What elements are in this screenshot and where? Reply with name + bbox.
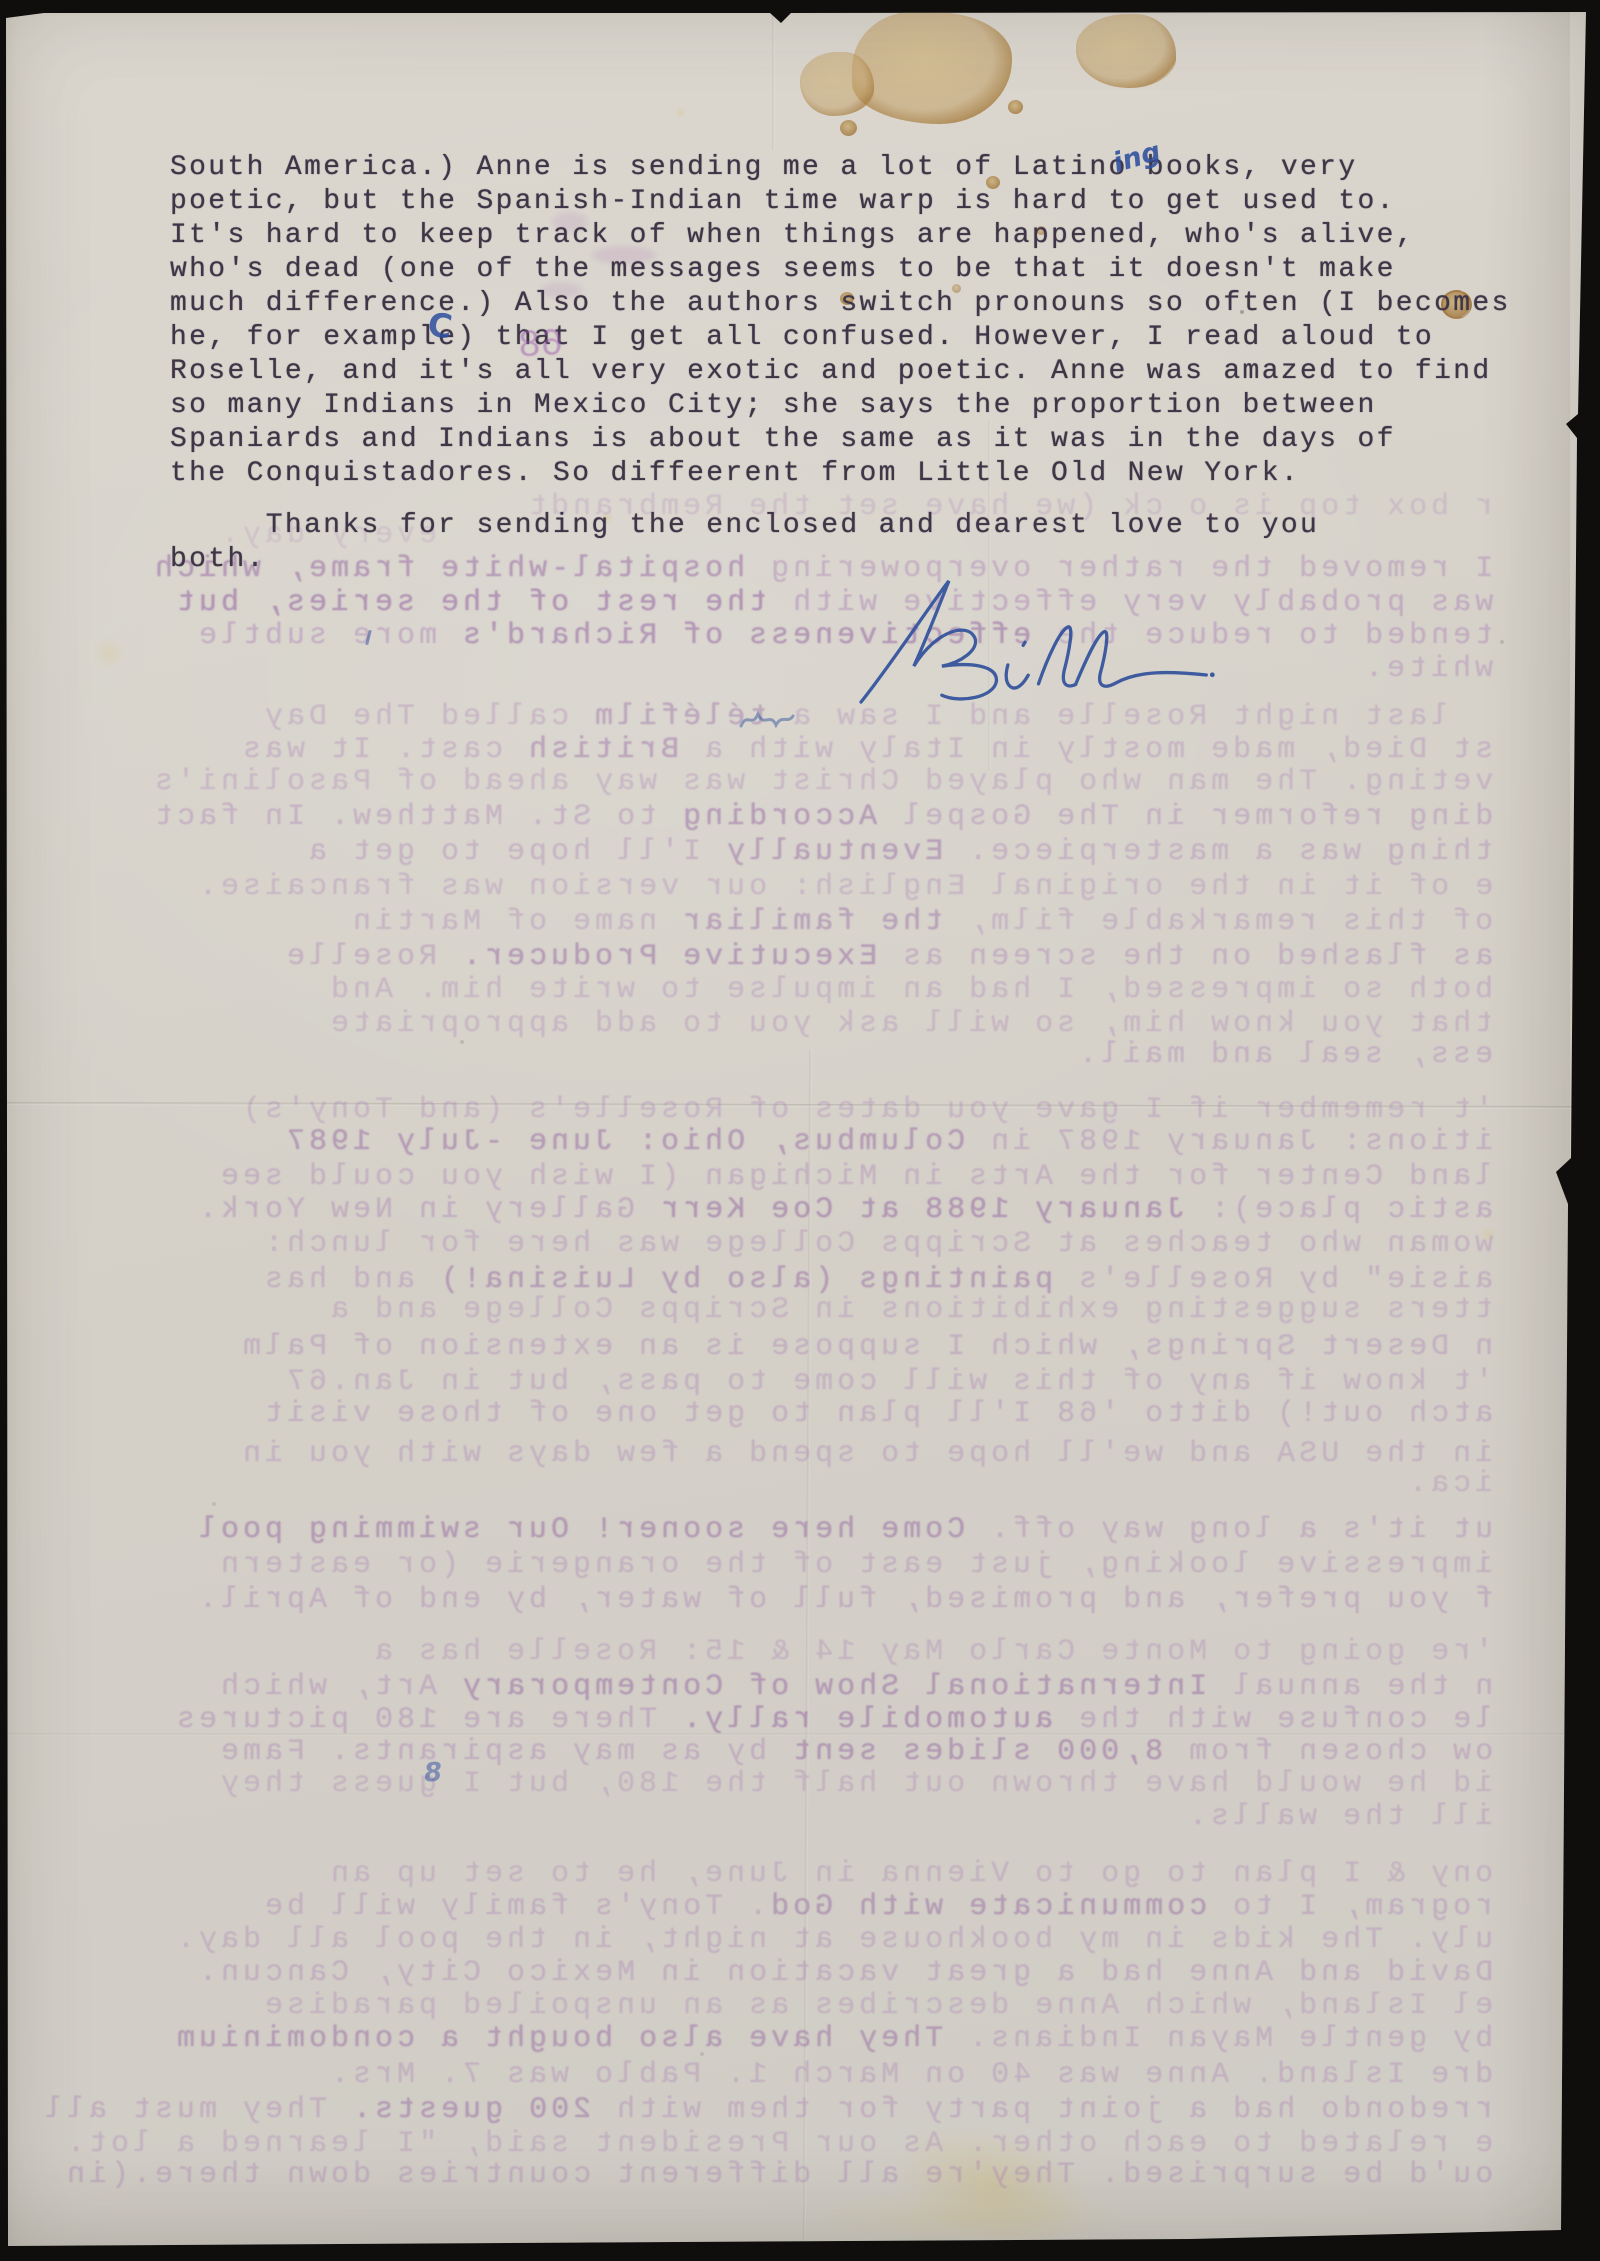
scan-shading — [1480, 0, 1570, 2261]
bottom-stain — [810, 2190, 1120, 2245]
bleed-line: ou'd be surprised. They're all different… — [63, 2158, 1493, 2192]
bleed-line: st Died, made mostly in Italy with a Bri… — [239, 733, 1493, 767]
scan-shading — [0, 2141, 1600, 2261]
typed-line: poetic, but the Spanish-Indian time warp… — [170, 186, 1396, 217]
typed-line: the Conquistadores. So diffeerent from L… — [170, 458, 1300, 489]
ink-smudge — [552, 212, 588, 232]
bleed-line: every day. — [217, 518, 1493, 552]
bleed-line: David and Anne had a great vacation in M… — [195, 1956, 1493, 1990]
bleed-line: ill the walls. — [1185, 1800, 1493, 1834]
bleed-line: aisie" by Roselle's paintings (also by L… — [261, 1263, 1493, 1297]
typed-line: It's hard to keep track of when things a… — [170, 220, 1415, 251]
stain-dot — [92, 638, 126, 668]
fold-crease — [6, 1102, 1576, 1109]
bleed-line: 't remember if I gave you dates of Rosel… — [239, 1093, 1493, 1127]
handwritten-correction-ing: ing — [1110, 136, 1165, 179]
fold-crease — [803, 1050, 812, 2245]
stain-dot — [1008, 100, 1023, 114]
bleed-line: le confuse with the automobile rally. Th… — [173, 1703, 1493, 1737]
bleed-line: as flashed on the screen as Executive Pr… — [283, 940, 1493, 974]
bleed-line: astic place): January 1988 at Coe Kerr G… — [195, 1193, 1493, 1227]
bleed-line: ow chosen from 8,000 slides sent by as m… — [217, 1735, 1493, 1769]
stain-dot — [840, 120, 857, 136]
bleed-line: e of it in the original English: our ver… — [195, 870, 1493, 904]
ink-smudge — [540, 282, 582, 298]
speck — [1500, 640, 1504, 644]
bleed-line: was probably very effective with the res… — [173, 586, 1493, 620]
bleed-line: n Desert Springs, which I suppose is an … — [239, 1330, 1493, 1364]
fold-crease — [6, 1733, 1576, 1736]
fold-crease — [772, 14, 775, 150]
typed-line: Thanks for sending the enclosed and dear… — [170, 510, 1319, 541]
signature-bill — [843, 562, 1223, 720]
speck — [700, 2052, 704, 2056]
ink-smudge — [592, 246, 656, 264]
bleed-line: that you know him, so will ask you to ad… — [327, 1007, 1493, 1041]
coffee-stain — [1076, 14, 1176, 88]
bleed-line: tended to reduce the effectiveness of Ri… — [195, 619, 1493, 653]
speck — [212, 1502, 216, 1506]
bleed-line: e related to each other. As our Presiden… — [63, 2127, 1493, 2161]
bleed-line: in the USA and we'll hope to spend a few… — [239, 1437, 1493, 1471]
bleed-line: ding reformer in The Gospel According to… — [151, 800, 1493, 834]
stain-dot — [675, 107, 686, 118]
typed-line: who's dead (one of the messages seems to… — [170, 254, 1396, 285]
typed-line: he, for example) that I get all confused… — [170, 322, 1434, 353]
bleed-line: el Island, which Anne describes as an un… — [261, 1989, 1493, 2023]
stain-dot — [600, 512, 614, 524]
bleed-line: impressive looking, just east of the ora… — [217, 1548, 1493, 1582]
bleed-line: ut it's a long way off. Come here sooner… — [195, 1513, 1493, 1547]
stain-dot — [952, 284, 961, 293]
typed-line: both. — [170, 544, 266, 575]
paper-sheet: r box top is o ck (we have set the Rembr… — [0, 0, 1600, 2261]
bleed-mark-68: 68 — [517, 323, 565, 368]
bleed-line: both so impressed, I had an impulse to w… — [327, 973, 1493, 1007]
handwritten-mark-c: C — [425, 305, 454, 347]
stain-dot — [840, 292, 854, 305]
bleed-line: dre Island. Anne was 40 on March 1. Pabl… — [327, 2058, 1493, 2092]
bleed-line: woman who teaches at Scripps College was… — [261, 1227, 1493, 1261]
speck — [460, 1040, 464, 1044]
bleed-line: rogram, I to communicate with God. Tony'… — [261, 1890, 1493, 1924]
bleed-line: rredondo had a joint party for them with… — [41, 2093, 1493, 2127]
bleed-line: white. — [1361, 652, 1493, 686]
bleed-line: last night Roselle and I saw a téléfilm … — [261, 700, 1493, 734]
stain-dot — [1441, 290, 1472, 319]
bleed-line: itions: January 1987 in Columbus, Ohio: … — [283, 1125, 1493, 1159]
letter-scan: r box top is o ck (we have set the Rembr… — [0, 0, 1600, 2261]
bleed-line: id he would have thrown out half the 180… — [217, 1767, 1493, 1801]
coffee-stain — [800, 52, 874, 116]
coffee-stain — [852, 12, 1012, 124]
bleed-line: atch out!) ditto '68 I'll plan to get on… — [261, 1397, 1493, 1431]
bleed-line: n the annual International Show of Conte… — [217, 1670, 1493, 1704]
bleed-line: 're going to Monte Carlo May 14 & 15: Ro… — [371, 1635, 1493, 1669]
bleed-line: veting. The man who played Christ was wa… — [151, 765, 1493, 799]
bleed-line: land Center for the Arts in Michigan (I … — [217, 1160, 1493, 1194]
bleed-line: tters suggesting exhibitions in Scripps … — [327, 1293, 1493, 1327]
bleed-line: uly. The kids in my bookhouse at night, … — [173, 1923, 1493, 1957]
blue-ink-8: 8 — [423, 1757, 443, 1788]
speck — [1240, 310, 1244, 314]
bleed-line: by gentle Mayan Indians. They have also … — [173, 2022, 1493, 2056]
blue-ink-squiggle — [738, 704, 796, 738]
bleed-line: 't know if any of this will come to pass… — [283, 1365, 1493, 1399]
bleed-line: ony & I plan to go to Vienna in June, he… — [327, 1857, 1493, 1891]
fold-crease — [988, 420, 991, 770]
bleed-line: f you prefer, and promised, full of wate… — [195, 1583, 1493, 1617]
blue-ink-tick — [365, 630, 372, 645]
bleed-line: r box top is o ck (we have set the Rembr… — [525, 490, 1493, 524]
bottom-stain — [881, 2107, 1102, 2261]
stain-dot — [1036, 226, 1046, 235]
typed-line: so many Indians in Mexico City; she says… — [170, 390, 1377, 421]
stain-dot — [986, 176, 1000, 189]
bleed-line: ess, seal and mail. — [1075, 1038, 1493, 1072]
typed-line: much difference.) Also the authors switc… — [170, 288, 1511, 319]
bleed-line: thing was a masterpiece. Eventually I'll… — [305, 835, 1493, 869]
stain-dot — [1480, 1228, 1496, 1242]
typed-line: South America.) Anne is sending me a lot… — [170, 152, 1357, 183]
bleed-line: ica. — [1405, 1467, 1493, 1501]
bleed-line: of this remarkable film, the familiar na… — [349, 905, 1493, 939]
typed-line: Roselle, and it's all very exotic and po… — [170, 356, 1492, 387]
typed-line: Spaniards and Indians is about the same … — [170, 424, 1396, 455]
bleed-line: I removed the rather overpowering hospit… — [151, 552, 1493, 586]
